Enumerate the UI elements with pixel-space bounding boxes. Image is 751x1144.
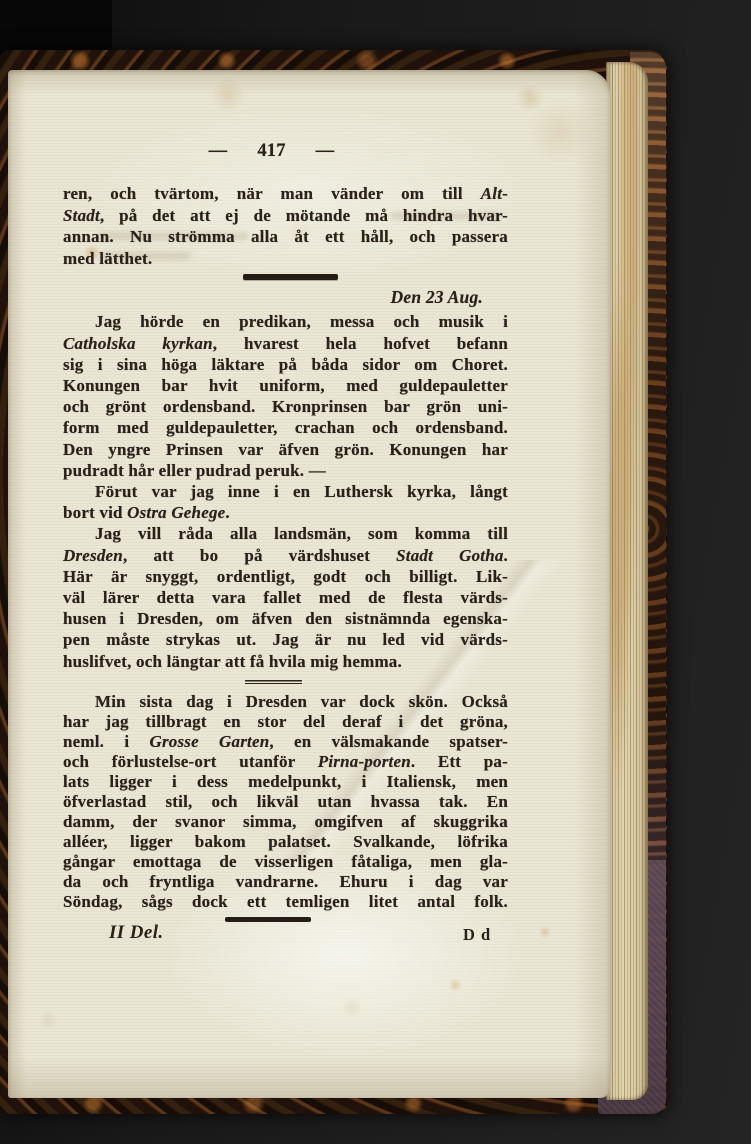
text-line: har jag tillbragt en stor del deraf i de… [63, 712, 508, 732]
paragraph-lutheran-church: Förut var jag inne i en Luthersk kyrka, … [63, 481, 508, 523]
text-line: Den yngre Prinsen var äfven grön. Konung… [63, 439, 508, 460]
text-line: Stadt, på det att ej de mötande må hindr… [63, 205, 508, 227]
text-line: sig i sina höga läktare på båda sidor om… [63, 354, 508, 375]
text-line: Min sista dag i Dresden var dock skön. O… [63, 692, 508, 712]
page-footer: II Del. D d [63, 916, 508, 958]
footer-rule [225, 917, 311, 922]
date-heading: Den 23 Aug. [63, 287, 508, 307]
backdrop-shadow [0, 0, 112, 56]
text-column: — 417 — ren, och tvärtom, när man vänder… [63, 141, 508, 912]
photo-of-book-page: — 417 — ren, och tvärtom, när man vänder… [0, 0, 751, 1144]
text-line: Jag hörde en predikan, messa och musik i [63, 311, 508, 332]
text-line: alléer, ligger bakom palatset. Svalkande… [63, 832, 508, 852]
text-line: gångar emottaga de visserligen fåtaliga,… [63, 852, 508, 872]
text-line: öfverlastad stil, och likväl utan hvassa… [63, 792, 508, 812]
text-line: damm, der svanor simma, omgifven af skug… [63, 812, 508, 832]
text-line: pudradt hår eller pudrad peruk. — [63, 460, 508, 481]
text-line: väl lärer detta vara fallet med de flest… [63, 587, 508, 608]
page-number: 417 [257, 141, 285, 161]
text-line: Catholska kyrkan, hvarest hela hofvet be… [63, 333, 508, 354]
text-line: form med guldepauletter, crachan och ord… [63, 417, 508, 438]
text-line: Konungen bar hvit uniform, med guldepaul… [63, 375, 508, 396]
text-line: da och fryntliga vandrarne. Ehuru i dag … [63, 872, 508, 892]
text-line: Här är snyggt, ordentligt, godt och bill… [63, 566, 508, 587]
page-number-header: — 417 — [49, 141, 494, 161]
text-line: Förut var jag inne i en Luthersk kyrka, … [63, 481, 508, 502]
text-line: pen måste strykas ut. Jag är nu led vid … [63, 629, 508, 650]
volume-label: II Del. [109, 922, 164, 944]
text-line: med lätthet. [63, 248, 508, 270]
printers-signature-mark: D d [463, 925, 491, 945]
paragraph-last-day: Min sista dag i Dresden var dock skön. O… [63, 692, 508, 912]
text-line: ren, och tvärtom, när man vänder om till… [63, 183, 508, 205]
text-line: Dresden, att bo på värdshuset Stadt Goth… [63, 545, 508, 566]
header-dash-left: — [209, 141, 228, 161]
text-line: annan. Nu strömma alla åt ett håll, och … [63, 226, 508, 248]
paragraph-continuation: ren, och tvärtom, när man vänder om till… [63, 183, 508, 269]
section-divider-thick [243, 274, 338, 280]
paragraph-church-visit: Jag hörde en predikan, messa och musik i… [63, 311, 508, 481]
text-line: neml. i Grosse Garten, en välsmakande sp… [63, 732, 508, 752]
section-divider-thin [245, 680, 302, 684]
text-line: bort vid Ostra Gehege. [63, 502, 508, 523]
text-line: huslifvet, och längtar att få hvila mig … [63, 651, 508, 672]
page-stack-fore-edge [606, 62, 648, 1100]
text-line: och grönt ordensband. Kronprinsen bar gr… [63, 396, 508, 417]
text-line: husen i Dresden, om äfven den sistnämnda… [63, 608, 508, 629]
text-line: Jag vill råda alla landsmän, som komma t… [63, 523, 508, 544]
header-dash-right: — [316, 141, 335, 161]
paragraph-inn-advice: Jag vill råda alla landsmän, som komma t… [63, 523, 508, 671]
text-line: lats ligger i dess medelpunkt, i Italien… [63, 772, 508, 792]
text-line: och förlustelse-ort utanför Pirna-porten… [63, 752, 508, 772]
text-line: Söndag, sågs dock ett temligen litet ant… [63, 892, 508, 912]
